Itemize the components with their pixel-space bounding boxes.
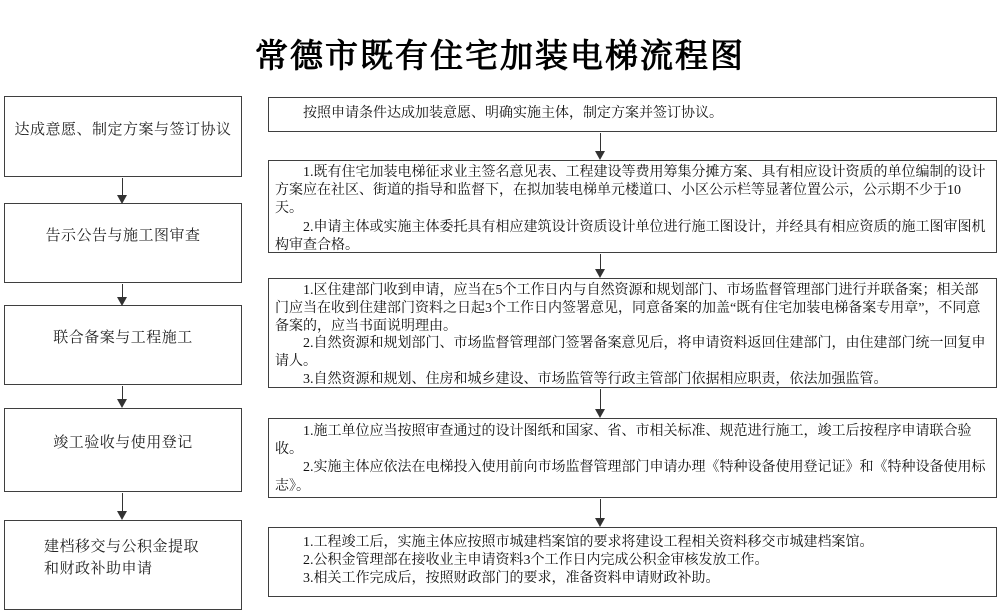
stage-label: 告示公告与施工图审查 (45, 225, 200, 247)
down-arrow-icon (122, 493, 123, 511)
stage-box-1: 达成意愿、制定方案与签订协议 (4, 96, 242, 177)
down-arrow-icon (122, 386, 123, 399)
detail-paragraph: 1.区住建部门收到申请，应当在5个工作日内与自然资源和规划部门、市场监督管理部门… (275, 282, 988, 335)
stage-box-5: 建档移交与公积金提取和财政补助申请 (4, 520, 242, 610)
detail-paragraph: 2.公积金管理部在接收业主申请资料3个工作日内完成公积金审核发放工作。 (275, 552, 988, 570)
stage-box-3: 联合备案与工程施工 (4, 305, 242, 385)
stage-label: 建档移交与公积金提取和财政补助申请 (44, 536, 202, 580)
detail-paragraph: 2.实施主体应依法在电梯投入使用前向市场监督管理部门申请办理《特种设备使用登记证… (275, 459, 988, 495)
stage-box-2: 告示公告与施工图审查 (4, 203, 242, 283)
stage-label: 联合备案与工程施工 (53, 327, 193, 349)
detail-paragraph: 1.工程竣工后，实施主体应按照市城建档案馆的要求将建设工程相关资料移交市城建档案… (275, 534, 988, 552)
down-arrow-icon (600, 389, 601, 409)
flowchart-canvas: 常德市既有住宅加装电梯流程图 达成意愿、制定方案与签订协议 告示公告与施工图审查… (0, 0, 1000, 615)
detail-paragraph: 2.申请主体或实施主体委托具有相应建筑设计资质设计单位进行施工图设计，并经具有相… (275, 219, 988, 253)
detail-paragraph: 按照申请条件达成加装意愿、明确实施主体，制定方案并签订协议。 (275, 105, 988, 123)
detail-paragraph: 3.自然资源和规划、住房和城乡建设、市场监管等行政主管部门依据相应职责，依法加强… (275, 371, 988, 388)
down-arrow-icon (122, 284, 123, 297)
stage-box-4: 竣工验收与使用登记 (4, 408, 242, 492)
detail-box-4: 1.施工单位应当按照审查通过的设计图纸和国家、省、市相关标准、规范进行施工，竣工… (268, 418, 997, 498)
detail-box-5: 1.工程竣工后，实施主体应按照市城建档案馆的要求将建设工程相关资料移交市城建档案… (268, 527, 997, 597)
down-arrow-icon (600, 254, 601, 269)
down-arrow-icon (122, 178, 123, 195)
page-title: 常德市既有住宅加装电梯流程图 (0, 30, 1000, 77)
stage-label: 竣工验收与使用登记 (53, 432, 193, 454)
detail-box-1: 按照申请条件达成加装意愿、明确实施主体，制定方案并签订协议。 (268, 97, 997, 132)
stage-label: 达成意愿、制定方案与签订协议 (14, 119, 231, 141)
detail-paragraph: 3.相关工作完成后，按照财政部门的要求，准备资料申请财政补助。 (275, 570, 988, 588)
detail-paragraph: 2.自然资源和规划部门、市场监督管理部门签署备案意见后，将申请资料返回住建部门，… (275, 335, 988, 371)
down-arrow-icon (600, 133, 601, 151)
detail-box-3: 1.区住建部门收到申请，应当在5个工作日内与自然资源和规划部门、市场监督管理部门… (268, 278, 997, 388)
detail-paragraph: 1.既有住宅加装电梯征求业主签名意见表、工程建设等费用筹集分摊方案、具有相应设计… (275, 164, 988, 219)
detail-box-2: 1.既有住宅加装电梯征求业主签名意见表、工程建设等费用筹集分摊方案、具有相应设计… (268, 160, 997, 253)
down-arrow-icon (600, 499, 601, 518)
detail-paragraph: 1.施工单位应当按照审查通过的设计图纸和国家、省、市相关标准、规范进行施工，竣工… (275, 423, 988, 459)
